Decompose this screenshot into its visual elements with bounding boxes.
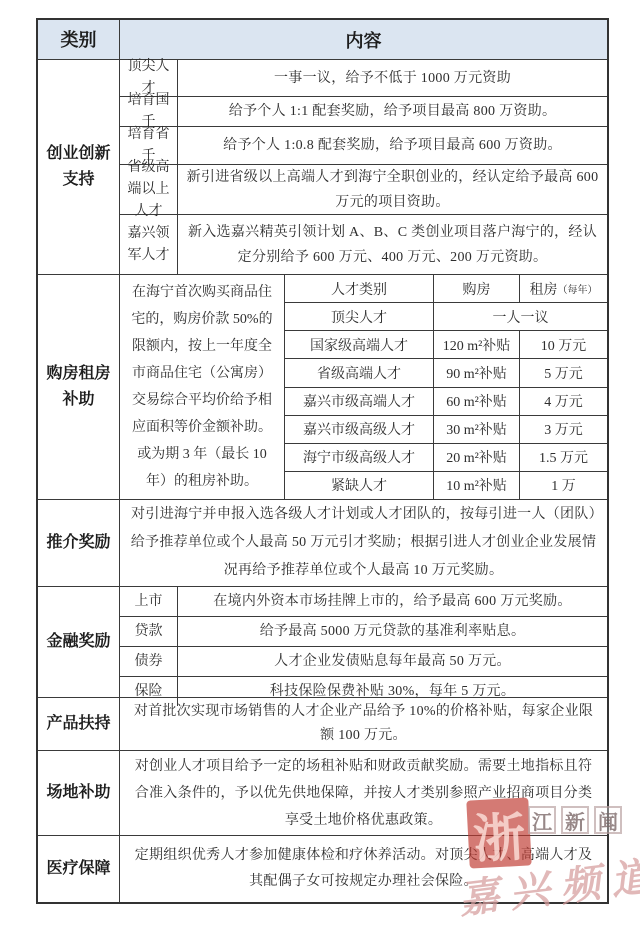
section-text: 对引进海宁并申报入选各级人才计划或人才团队的，按每引进一人（团队）给予推荐单位或… bbox=[120, 500, 607, 586]
housing-description: 在海宁首次购买商品住宅的，购房价款 50%的限额内，按上一年度全市商品住宅（公寓… bbox=[120, 275, 285, 499]
row-label: 上市 bbox=[120, 587, 178, 616]
section-product-support: 产品扶持 对首批次实现市场销售的人才企业产品给予 10%的价格补贴，每家企业限额… bbox=[38, 698, 607, 751]
purchase-cell: 120 m²补贴 bbox=[434, 331, 520, 358]
category-cell: 购房租房补助 bbox=[38, 275, 120, 499]
row-label: 债券 bbox=[120, 647, 178, 676]
table-row: 省级高端人才 90 m²补贴 5 万元 bbox=[285, 359, 607, 387]
row-text: 人才企业发债贴息每年最高 50 万元。 bbox=[178, 647, 607, 676]
watermark-boxed-char: 新 bbox=[561, 806, 589, 834]
table-row: 国家级高端人才 120 m²补贴 10 万元 bbox=[285, 331, 607, 359]
table-row: 上市 在境内外资本市场挂牌上市的，给予最高 600 万元奖励。 bbox=[120, 587, 607, 617]
row-label: 培育国千 bbox=[120, 97, 178, 126]
table-row: 海宁市级高级人才 20 m²补贴 1.5 万元 bbox=[285, 444, 607, 472]
zhejiang-news-seal-watermark: 浙 bbox=[466, 797, 531, 868]
purchase-cell: 30 m²补贴 bbox=[434, 416, 520, 443]
row-text: 给予最高 5000 万元贷款的基准利率贴息。 bbox=[178, 617, 607, 646]
rent-header-note: （每年） bbox=[558, 281, 598, 296]
category-cell: 金融奖励 bbox=[38, 587, 120, 697]
category-cell: 产品扶持 bbox=[38, 698, 120, 750]
sub-table-header-row: 人才类别 购房 租房（每年） bbox=[285, 275, 607, 303]
table-row: 债券 人才企业发债贴息每年最高 50 万元。 bbox=[120, 647, 607, 677]
row-label: 顶尖人才 bbox=[285, 303, 434, 330]
header-content-cell: 内容 bbox=[120, 20, 607, 59]
purchase-cell: 60 m²补贴 bbox=[434, 388, 520, 415]
table-row: 顶尖人才 一事一议，给予不低于 1000 万元资助 bbox=[120, 60, 607, 97]
rent-header-label: 租房 bbox=[530, 279, 558, 299]
table-row: 培育省千 给予个人 1:0.8 配套奖励，给予项目最高 600 万资助。 bbox=[120, 127, 607, 165]
row-text: 给予个人 1:0.8 配套奖励，给予项目最高 600 万资助。 bbox=[178, 127, 607, 164]
purchase-cell: 10 m²补贴 bbox=[434, 472, 520, 499]
rent-cell: 5 万元 bbox=[520, 359, 607, 386]
header-category-cell: 类别 bbox=[38, 20, 120, 59]
row-text: 在境内外资本市场挂牌上市的，给予最高 600 万元奖励。 bbox=[178, 587, 607, 616]
category-cell: 医疗保障 bbox=[38, 836, 120, 902]
watermark-boxed-char: 闻 bbox=[594, 806, 622, 834]
table-header-row: 类别 内容 bbox=[38, 20, 607, 60]
row-label: 嘉兴市级高级人才 bbox=[285, 416, 434, 443]
row-label: 贷款 bbox=[120, 617, 178, 646]
category-cell: 推介奖励 bbox=[38, 500, 120, 586]
row-text: 给予个人 1:1 配套奖励，给予项目最高 800 万资助。 bbox=[178, 97, 607, 126]
section-text: 对首批次实现市场销售的人才企业产品给予 10%的价格补贴，每家企业限额 100 … bbox=[120, 698, 607, 750]
rent-cell: 1 万 bbox=[520, 472, 607, 499]
rent-cell: 10 万元 bbox=[520, 331, 607, 358]
table-row: 嘉兴领军人才 新入选嘉兴精英引领计划 A、B、C 类创业项目落户海宁的，经认定分… bbox=[120, 215, 607, 274]
purchase-cell: 20 m²补贴 bbox=[434, 444, 520, 471]
section-housing-subsidy: 购房租房补助 在海宁首次购买商品住宅的，购房价款 50%的限额内，按上一年度全市… bbox=[38, 275, 607, 500]
rent-cell: 3 万元 bbox=[520, 416, 607, 443]
row-label: 省级高端以上人才 bbox=[120, 165, 178, 214]
row-label: 紧缺人才 bbox=[285, 472, 434, 499]
section-startup-innovation: 创业创新支持 顶尖人才 一事一议，给予不低于 1000 万元资助 培育国千 给予… bbox=[38, 60, 607, 275]
policy-page: 类别 内容 创业创新支持 顶尖人才 一事一议，给予不低于 1000 万元资助 培… bbox=[0, 0, 640, 927]
row-text: 一事一议，给予不低于 1000 万元资助 bbox=[178, 60, 607, 96]
section-financial-reward: 金融奖励 上市 在境内外资本市场挂牌上市的，给予最高 600 万元奖励。 贷款 … bbox=[38, 587, 607, 698]
watermark-boxed-char: 江 bbox=[528, 806, 556, 834]
table-row: 嘉兴市级高级人才 30 m²补贴 3 万元 bbox=[285, 416, 607, 444]
sub-table-header-talent: 人才类别 bbox=[285, 275, 434, 302]
table-row: 嘉兴市级高端人才 60 m²补贴 4 万元 bbox=[285, 388, 607, 416]
row-label: 海宁市级高级人才 bbox=[285, 444, 434, 471]
section-referral-reward: 推介奖励 对引进海宁并申报入选各级人才计划或人才团队的，按每引进一人（团队）给予… bbox=[38, 500, 607, 587]
category-cell: 创业创新支持 bbox=[38, 60, 120, 274]
row-label: 省级高端人才 bbox=[285, 359, 434, 386]
sub-table-header-rent: 租房（每年） bbox=[520, 275, 607, 302]
talent-policy-table: 类别 内容 创业创新支持 顶尖人才 一事一议，给予不低于 1000 万元资助 培… bbox=[36, 18, 609, 904]
sub-table-row-top-talent: 顶尖人才 一人一议 bbox=[285, 303, 607, 331]
rent-cell: 1.5 万元 bbox=[520, 444, 607, 471]
table-row: 贷款 给予最高 5000 万元贷款的基准利率贴息。 bbox=[120, 617, 607, 647]
sub-table-header-purchase: 购房 bbox=[434, 275, 520, 302]
table-row: 培育国千 给予个人 1:1 配套奖励，给予项目最高 800 万资助。 bbox=[120, 97, 607, 127]
rent-cell: 4 万元 bbox=[520, 388, 607, 415]
table-row: 紧缺人才 10 m²补贴 1 万 bbox=[285, 472, 607, 499]
row-label: 嘉兴市级高端人才 bbox=[285, 388, 434, 415]
purchase-cell: 90 m²补贴 bbox=[434, 359, 520, 386]
category-cell: 场地补助 bbox=[38, 751, 120, 835]
table-row: 省级高端以上人才 新引进省级以上高端人才到海宁全职创业的，经认定给予最高 600… bbox=[120, 165, 607, 215]
row-label: 嘉兴领军人才 bbox=[120, 215, 178, 274]
row-label: 国家级高端人才 bbox=[285, 331, 434, 358]
housing-sub-table: 人才类别 购房 租房（每年） 顶尖人才 一人一议 国家级高端人才 120 m²补… bbox=[285, 275, 607, 499]
zhejiang-news-boxed-watermark: 江 新 闻 bbox=[528, 806, 622, 834]
row-text: 新入选嘉兴精英引领计划 A、B、C 类创业项目落户海宁的，经认定分别给予 600… bbox=[178, 215, 607, 274]
row-text: 新引进省级以上高端人才到海宁全职创业的，经认定给予最高 600 万元的项目资助。 bbox=[178, 165, 607, 214]
merged-value-cell: 一人一议 bbox=[434, 303, 607, 330]
